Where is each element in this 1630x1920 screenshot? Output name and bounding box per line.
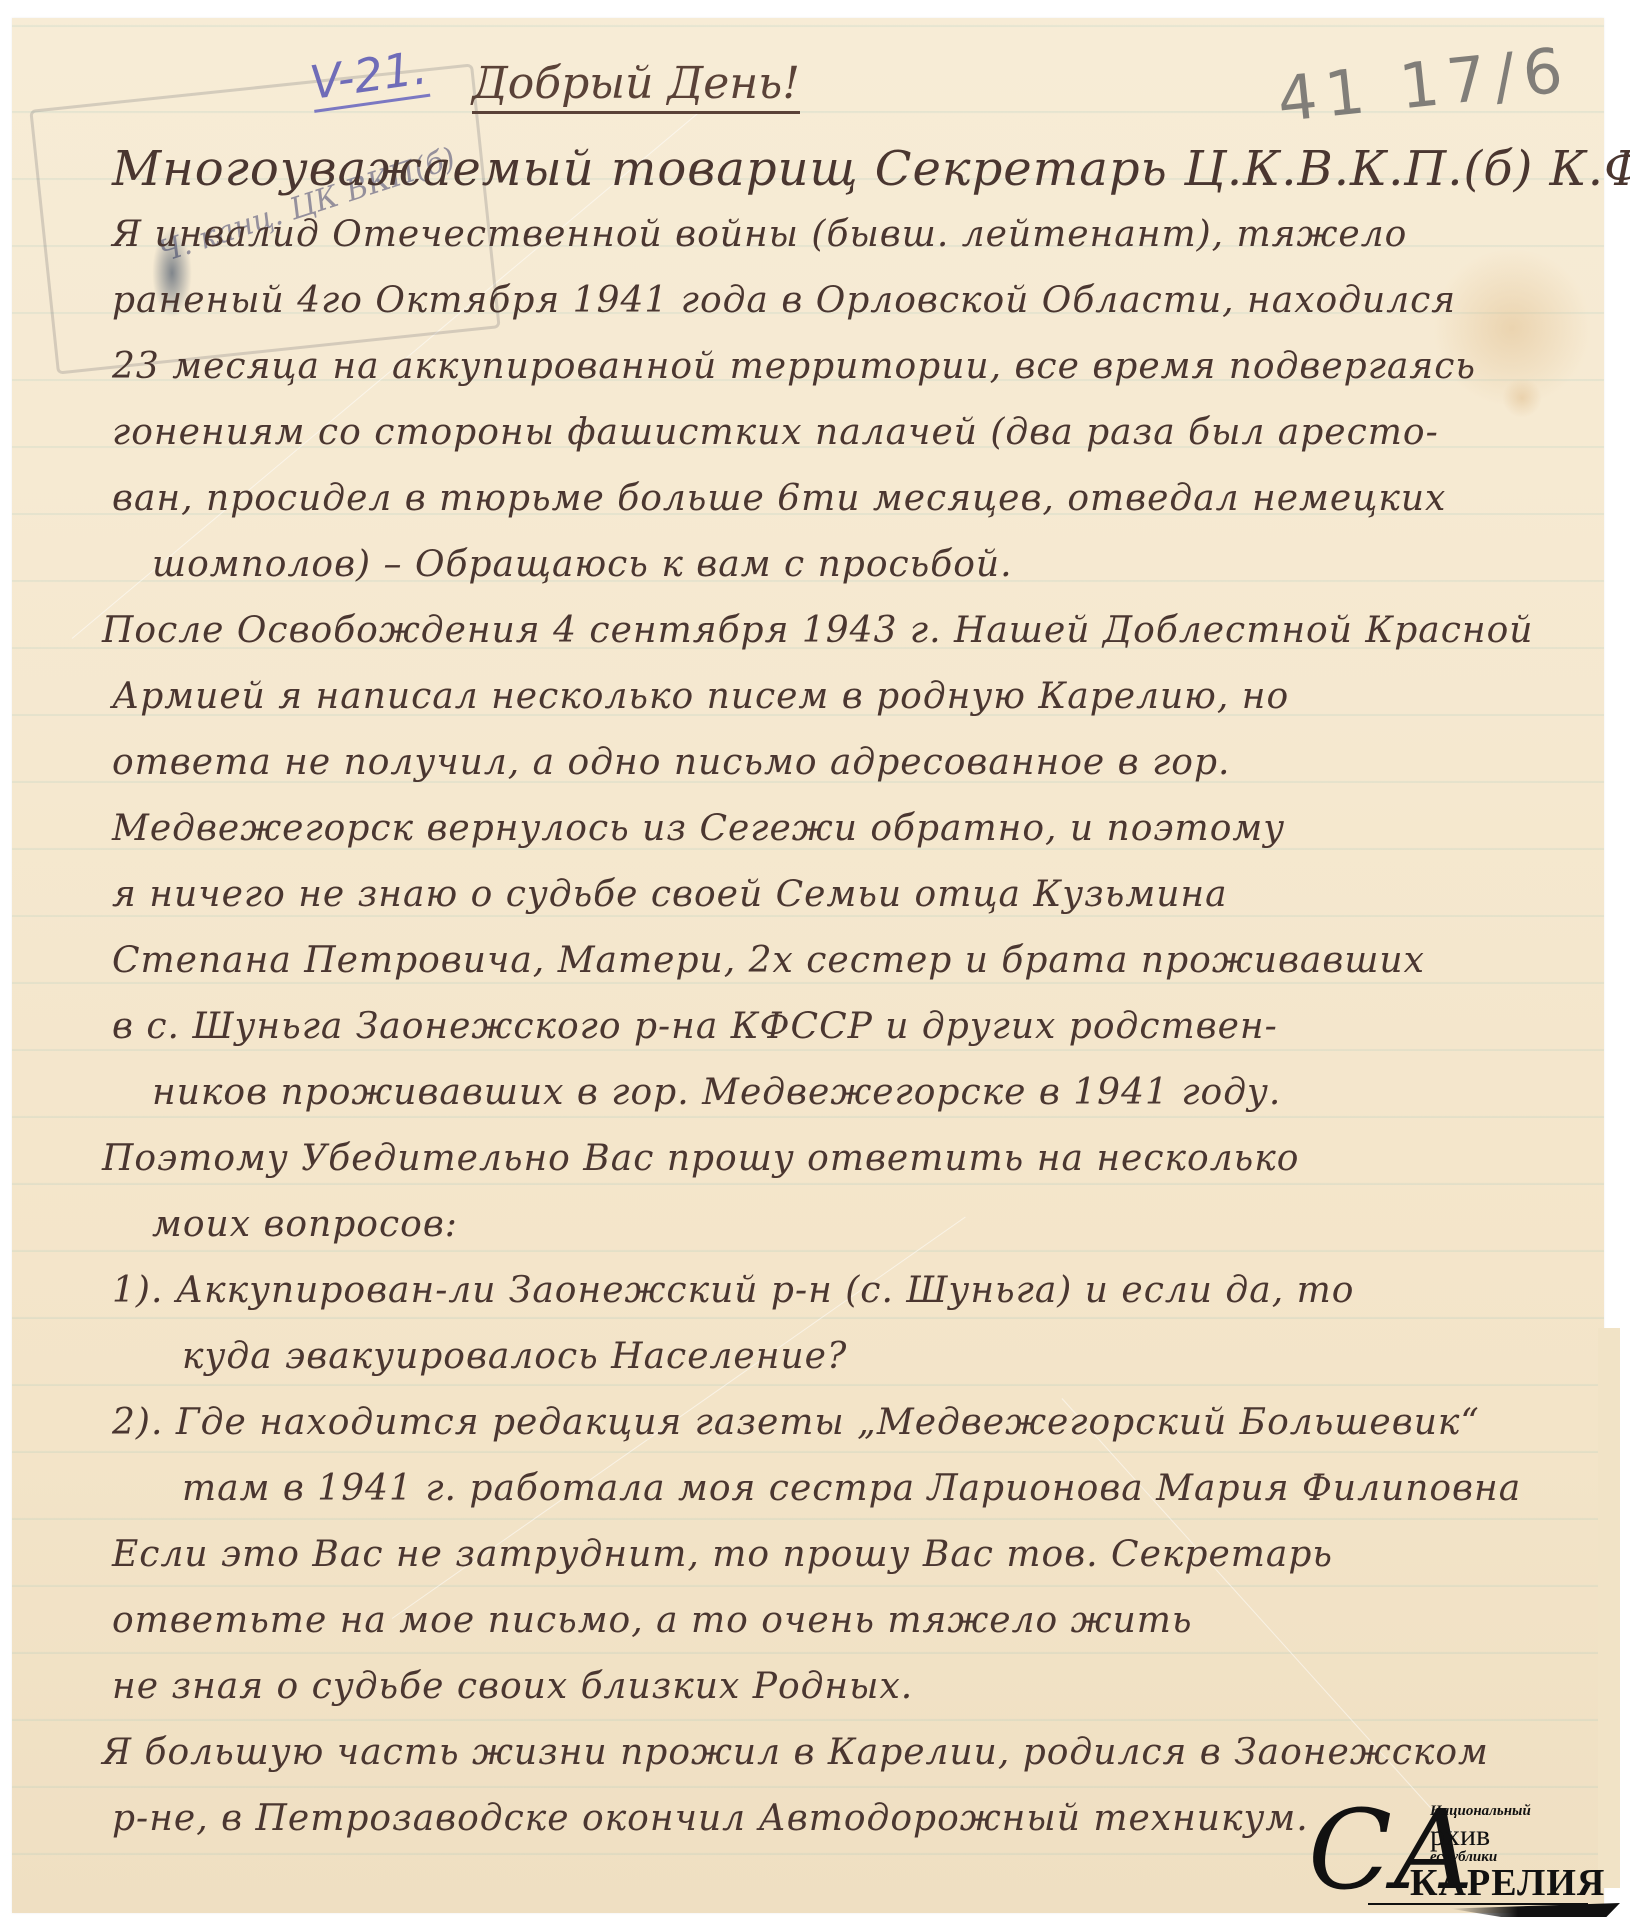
letter-body: Многоуважаемый товарищ Секретарь Ц.К.В.К… (112, 136, 1612, 1852)
letter-line: ников проживавших в гор. Медвежегорске в… (112, 1060, 1612, 1126)
greeting: Добрый День! (472, 58, 800, 114)
letter-line: раненый 4го Октября 1941 года в Орловско… (112, 268, 1612, 334)
letter-line: Степана Петровича, Матери, 2х сестер и б… (112, 928, 1612, 994)
archive-watermark-logo: СА Национальный рхив еспублики КАРЕЛИЯ (1300, 1795, 1620, 1915)
letter-line: Поэтому Убедительно Вас прошу ответить н… (102, 1126, 1612, 1192)
letter-line: гонениям со стороны фашистких палачей (д… (112, 400, 1612, 466)
letter-line: Армией я написал несколько писем в родну… (112, 664, 1612, 730)
letter-line: Если это Вас не затруднит, то прошу Вас … (112, 1522, 1612, 1588)
question-1-continued: куда эвакуировалось Население? (112, 1324, 1612, 1390)
letter-line: моих вопросов: (112, 1192, 1612, 1258)
letter-line: я ничего не знаю о судьбе своей Семьи от… (112, 862, 1612, 928)
quill-icon (1450, 1903, 1620, 1917)
pencil-archive-mark: 41 17/6 (1274, 33, 1574, 136)
question-2-continued: там в 1941 г. работала моя сестра Ларион… (112, 1456, 1612, 1522)
question-1: 1). Аккупирован-ли Заонежский р-н (с. Шу… (112, 1258, 1612, 1324)
letter-line: ответа не получил, а одно письмо адресов… (112, 730, 1612, 796)
question-2: 2). Где находится редакция газеты „Медве… (112, 1390, 1612, 1456)
letter-line: 23 месяца на аккупированной территории, … (112, 334, 1612, 400)
logo-divider (1368, 1903, 1588, 1905)
letter-line: в с. Шуньга Заонежского р-на КФССР и дру… (112, 994, 1612, 1060)
letter-line: не зная о судьбе своих близких Родных. (112, 1654, 1612, 1720)
letter-page: Ч. канц. ЦК ВКП(б) V-21. Добрый День! 41… (12, 18, 1604, 1913)
letter-line: Медвежегорск вернулось из Сегежи обратно… (112, 796, 1612, 862)
logo-text-national: Национальный (1430, 1803, 1531, 1820)
letter-line: Я большую часть жизни прожил в Карелии, … (102, 1720, 1612, 1786)
letter-line: ван, просидел в тюрьме больше 6ти месяце… (112, 466, 1612, 532)
letter-line: После Освобождения 4 сентября 1943 г. На… (102, 598, 1612, 664)
logo-text-karelia: КАРЕЛИЯ (1410, 1861, 1605, 1905)
letter-line: шомполов) – Обращаюсь к вам с просьбой. (112, 532, 1612, 598)
logo-text-archive: рхив (1430, 1819, 1490, 1853)
letter-line: Я инвалид Отечественной войны (бывш. лей… (112, 202, 1612, 268)
letter-line: ответьте на мое письмо, а то очень тяжел… (112, 1588, 1612, 1654)
salutation-line: Многоуважаемый товарищ Секретарь Ц.К.В.К… (112, 136, 1612, 202)
